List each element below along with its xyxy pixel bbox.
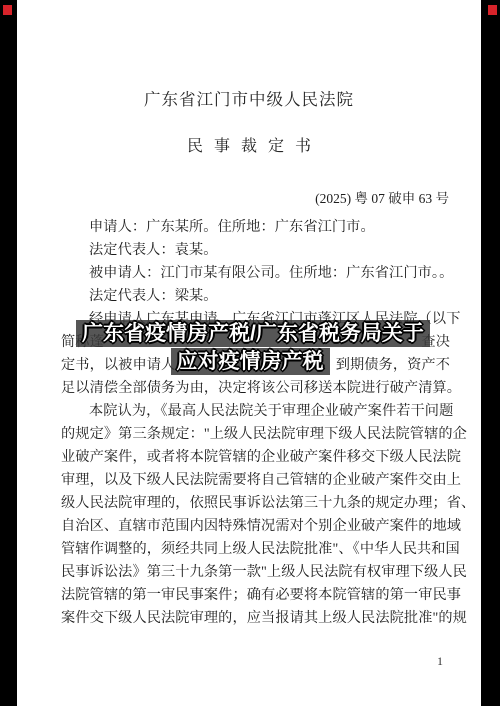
top-left-red-marker xyxy=(3,5,12,15)
document-line: 被申请人：江门市某有限公司。住所地：广东省江门市。。 xyxy=(61,262,450,285)
document-line: 足以清偿全部债务为由，决定将该公司移送本院进行破产清算。 xyxy=(61,377,450,400)
document-line: 级人民法院审理的，依照民事诉讼法第三十九条的规定办理；省、 xyxy=(61,492,450,515)
document-line: 申请人：广东某所。住所地：广东省江门市。 xyxy=(61,216,450,239)
document-line: 民事诉讼法》第三十九条第一款"上级人民法院有权审理下级人民 xyxy=(61,561,450,584)
document-line: 法院管辖的第一审民事案件；确有必要将本院管辖的第一审民事 xyxy=(61,584,450,607)
document-line: 审理，以及下级人民法院需要将自己管辖的企业破产案件交由上 xyxy=(61,469,450,492)
document-line: 本院认为，《最高人民法院关于审理企业破产案件若干问题 xyxy=(61,400,450,423)
page-number: 1 xyxy=(17,654,481,669)
document-line: 法定代表人：袁某。 xyxy=(61,239,450,262)
document-line: 自治区、直辖市范围内因特殊情况需对个别企业破产案件的地域 xyxy=(61,515,450,538)
document-line: 的规定》第三条规定："上级人民法院审理下级人民法院管辖的企 xyxy=(61,423,450,446)
case-number: (2025) 粤 07 破申 63 号 xyxy=(17,187,481,207)
document-line: 案件交下级人民法院审理的，应当报请其上级人民法院批准"的规 xyxy=(61,607,450,630)
document-line: 管辖作调整的，须经共同上级人民法院批准"、《中华人民共和国 xyxy=(61,538,450,561)
document-line: 法定代表人：梁某。 xyxy=(61,285,450,308)
document-body: 申请人：广东某所。住所地：广东省江门市。法定代表人：袁某。被申请人：江门市某有限… xyxy=(17,216,481,630)
headline-overlay: 广东省疫情房产税/广东省税务局关于应对疫情房产税 xyxy=(76,320,424,375)
headline-text: 广东省疫情房产税/广东省税务局关于应对疫情房产税 xyxy=(76,320,430,375)
document-type-title: 民事裁定书 xyxy=(17,133,481,156)
document-line: 业破产案件，或者将本院管辖的企业破产案件移交下级人民法院 xyxy=(61,446,450,469)
court-name: 广东省江门市中级人民法院 xyxy=(17,86,481,110)
top-right-red-marker xyxy=(488,5,497,15)
screenshot-root: { "frame": { "bar_color": "#000000", "co… xyxy=(0,0,500,706)
